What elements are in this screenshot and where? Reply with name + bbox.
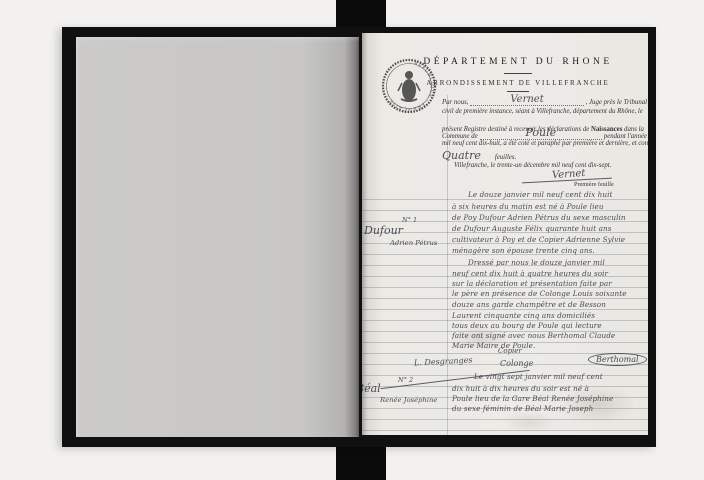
sheets-count-handwritten: Quatre xyxy=(442,149,481,162)
form-par-nous: Par nous, xyxy=(442,99,468,106)
signature-berthomal-circled: Berthomal xyxy=(588,353,647,366)
left-blank-page xyxy=(76,37,359,437)
act1-margin-given-names: Adrien Pétrus xyxy=(390,239,437,247)
commune-name-handwritten: Poule xyxy=(480,126,602,140)
right-register-page: · RÉPUBLIQUE · FRANÇAISE · DÉPARTEMENT D… xyxy=(362,33,648,435)
scanned-register-photo: · RÉPUBLIQUE · FRANÇAISE · DÉPARTEMENT D… xyxy=(0,0,704,480)
act1-text-line: Marie Maire de Poule. xyxy=(452,341,644,350)
act1-text-line: de Dufour Auguste Félix quarante huit an… xyxy=(452,224,644,233)
signature-colonge: Colonge xyxy=(500,359,533,368)
act1-text-line: tous deux au bourg de Poule qui lecture xyxy=(452,321,644,330)
act2-margin-number: N° 2 xyxy=(398,376,413,384)
first-sheet-label: Première feuille xyxy=(574,181,614,188)
act1-text-line: à six heures du matin est né à Poule lie… xyxy=(452,202,644,211)
act2-text-line: Le vingt sept janvier mil neuf cent xyxy=(452,372,648,381)
act2-text-line: du sexe féminin de Béal Marie Joseph xyxy=(452,404,644,413)
act1-text-line: Le douze janvier mil neuf cent dix huit xyxy=(452,190,648,199)
act1-text-line: sur la déclaration et présentation faite… xyxy=(452,279,644,288)
act1-margin-surname: Dufour xyxy=(364,224,403,237)
page-stain xyxy=(502,411,557,433)
form-commune-label: Commune de xyxy=(442,133,478,140)
form-line1-end: , Juge près le Tribunal xyxy=(586,99,647,106)
signature-copier: Copier xyxy=(498,347,522,355)
subtitle-rule xyxy=(507,91,529,92)
act2-text-line: Poule lieu de la Gare Béal Renée Joséphi… xyxy=(452,394,644,403)
act1-text-line: douze ans garde champêtre et de Besson xyxy=(452,300,644,309)
judge-name-handwritten: Vernet xyxy=(470,94,583,106)
act1-text-line: de Poy Dufour Adrien Pétrus du sexe masc… xyxy=(452,213,644,222)
form-line4-end: pendant l'année xyxy=(604,133,647,140)
act1-text-line: Laurent cinquante cinq ans domiciliés xyxy=(452,311,644,320)
act2-margin-given-names: Renée Joséphine xyxy=(380,396,437,404)
act1-text-line: ménagère son épouse trente cinq ans. xyxy=(452,246,644,255)
act1-text-line: cultivateur à Poy et de Copier Adrienne … xyxy=(452,235,644,244)
form-line-4: Commune de Poule pendant l'année xyxy=(442,126,647,140)
arrondissement-subtitle: ARRONDISSEMENT DE VILLEFRANCHE xyxy=(402,79,634,87)
department-title: DÉPARTEMENT DU RHONE xyxy=(402,57,634,67)
act2-margin-surname: Béal xyxy=(362,382,381,395)
act1-margin-number: N° 1 xyxy=(402,216,417,224)
act1-text-line: neuf cent dix huit à quatre heures du so… xyxy=(452,269,644,278)
form-line-2: civil de première instance, séant à Vill… xyxy=(442,108,643,115)
form-dateline: Villefranche, le trente-un décembre mil … xyxy=(454,162,611,169)
form-line-1: Par nous, Vernet , Juge près le Tribunal xyxy=(442,94,647,106)
act2-text-line: dix huit à dix heures du soir est né à xyxy=(452,384,644,393)
act1-text-line: le père en présence de Colonge Louis soi… xyxy=(452,289,644,298)
title-rule xyxy=(504,73,532,74)
sheets-word: feuilles. xyxy=(495,154,516,161)
act1-text-line: faite ont signé avec nous Berthomal Clau… xyxy=(452,331,644,340)
book-spine-bottom xyxy=(336,446,386,480)
act1-text-line: Dressé par nous le douze janvier mil xyxy=(452,258,648,267)
